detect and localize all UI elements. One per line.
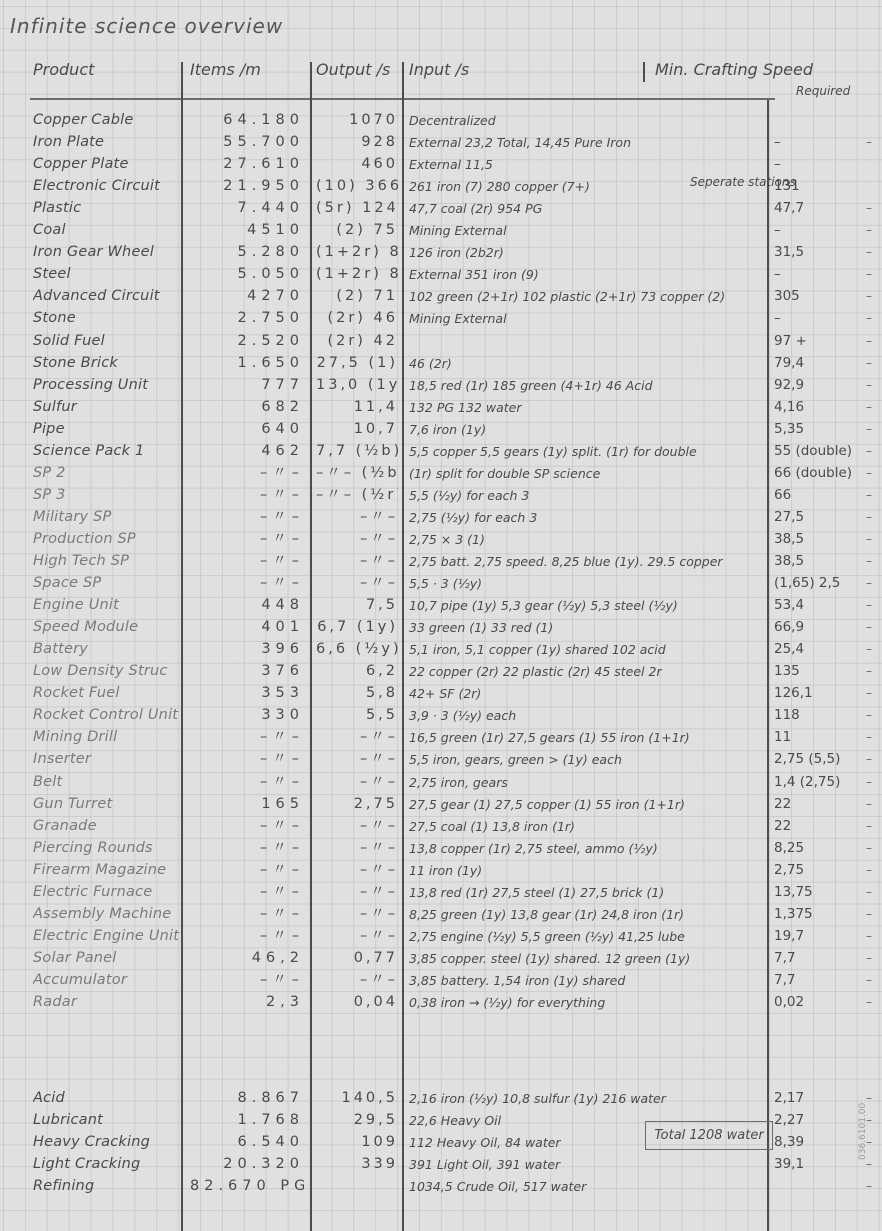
table-row: Iron Plate55.700928External 23,2 Total, … bbox=[0, 132, 882, 154]
min-crafting-speed: 13,75 bbox=[774, 882, 874, 904]
table-row: Iron Gear Wheel5.280(1+2r) 88126 iron (2… bbox=[0, 242, 882, 264]
product-name: Copper Cable bbox=[33, 110, 181, 132]
items-per-minute: 6.540 bbox=[190, 1132, 304, 1154]
table-row: High Tech SP–〃––〃–2,75 batt. 2,75 speed.… bbox=[0, 551, 882, 573]
items-per-minute: –〃– bbox=[190, 904, 304, 926]
min-crafting-speed: 79,4 bbox=[774, 353, 874, 375]
table-row: Electric Engine Unit–〃––〃–2,75 engine (½… bbox=[0, 926, 882, 948]
product-name: Processing Unit bbox=[33, 375, 181, 397]
items-per-minute: 353 bbox=[190, 683, 304, 705]
items-per-minute: –〃– bbox=[190, 882, 304, 904]
items-per-minute: –〃– bbox=[190, 772, 304, 794]
table-row: Production SP–〃––〃–2,75 × 3 (1)38,5– bbox=[0, 529, 882, 551]
min-crafting-speed: 131 bbox=[774, 176, 874, 198]
output-per-second: 11,4 bbox=[316, 397, 398, 419]
output-per-second: 140,5 bbox=[316, 1088, 398, 1110]
items-per-minute: 5.050 bbox=[190, 264, 304, 286]
margin-mark: – bbox=[866, 838, 880, 860]
margin-mark: – bbox=[866, 661, 880, 683]
product-name: Science Pack 1 bbox=[33, 441, 181, 463]
input-per-second: 27,5 gear (1) 27,5 copper (1) 55 iron (1… bbox=[409, 794, 767, 816]
product-name: Sulfur bbox=[33, 397, 181, 419]
input-per-second: 5,5 copper 5,5 gears (1y) split. (1r) fo… bbox=[409, 441, 767, 463]
margin-mark: – bbox=[866, 926, 880, 948]
min-crafting-speed: 5,35 bbox=[774, 419, 874, 441]
header-craft: Min. Crafting Speed bbox=[655, 60, 813, 79]
min-crafting-speed: 118 bbox=[774, 705, 874, 727]
items-per-minute: 396 bbox=[190, 639, 304, 661]
margin-mark: – bbox=[866, 353, 880, 375]
input-per-second: 18,5 red (1r) 185 green (4+1r) 46 Acid bbox=[409, 375, 767, 397]
items-per-minute: 2.750 bbox=[190, 308, 304, 330]
margin-mark: – bbox=[866, 198, 880, 220]
input-per-second: 11 iron (1y) bbox=[409, 860, 767, 882]
output-per-second: 5,5 bbox=[316, 705, 398, 727]
table-row: Low Density Struc3766,222 copper (2r) 22… bbox=[0, 661, 882, 683]
items-per-minute: –〃– bbox=[190, 573, 304, 595]
items-per-minute: 64.180 bbox=[190, 110, 304, 132]
output-per-second: (5r) 124 bbox=[316, 198, 398, 220]
items-per-minute: –〃– bbox=[190, 463, 304, 485]
product-name: Granade bbox=[33, 816, 181, 838]
input-per-second: External 11,5 bbox=[409, 154, 767, 176]
min-crafting-speed: – bbox=[774, 132, 874, 154]
input-per-second: 27,5 coal (1) 13,8 iron (1r) bbox=[409, 816, 767, 838]
min-crafting-speed: 7,7 bbox=[774, 948, 874, 970]
min-crafting-speed: 8,25 bbox=[774, 838, 874, 860]
margin-mark: – bbox=[866, 816, 880, 838]
items-per-minute: 20.320 bbox=[190, 1154, 304, 1176]
items-per-minute: 2.520 bbox=[190, 331, 304, 353]
input-per-second: 3,9 · 3 (½y) each bbox=[409, 705, 767, 727]
table-row: Coal4510(2) 75Mining External–– bbox=[0, 220, 882, 242]
output-per-second: (2) 71 bbox=[316, 286, 398, 308]
product-name: Solid Fuel bbox=[33, 331, 181, 353]
table-row: Electric Furnace–〃––〃–13,8 red (1r) 27,5… bbox=[0, 882, 882, 904]
table-row: SP 2–〃––〃– (½b)(1r) split for double SP … bbox=[0, 463, 882, 485]
min-crafting-speed: 1,375 bbox=[774, 904, 874, 926]
input-per-second: 3,85 copper. steel (1y) shared. 12 green… bbox=[409, 948, 767, 970]
table-row: Space SP–〃––〃–5,5 · 3 (½y)(1,65) 2,5– bbox=[0, 573, 882, 595]
input-per-second: Decentralized bbox=[409, 110, 767, 132]
margin-mark: – bbox=[866, 617, 880, 639]
input-per-second: 0,38 iron → (½y) for everything bbox=[409, 992, 767, 1014]
items-per-minute: 401 bbox=[190, 617, 304, 639]
header-input: Input /s bbox=[409, 60, 469, 79]
table-row: Advanced Circuit4270(2) 71102 green (2+1… bbox=[0, 286, 882, 308]
table-row: Piercing Rounds–〃––〃–13,8 copper (1r) 2,… bbox=[0, 838, 882, 860]
product-name: Battery bbox=[33, 639, 181, 661]
product-name: Gun Turret bbox=[33, 794, 181, 816]
product-name: Low Density Struc bbox=[33, 661, 181, 683]
items-per-minute: 376 bbox=[190, 661, 304, 683]
table-row: SP 3–〃––〃– (½r)5,5 (½y) for each 366– bbox=[0, 485, 882, 507]
product-name: Pipe bbox=[33, 419, 181, 441]
output-per-second: (10) 366 bbox=[316, 176, 398, 198]
min-crafting-speed: 2,75 bbox=[774, 860, 874, 882]
min-crafting-speed: 305 bbox=[774, 286, 874, 308]
input-per-second: 5,5 iron, gears, green > (1y) each bbox=[409, 749, 767, 771]
output-per-second: 0,77 bbox=[316, 948, 398, 970]
product-name: Mining Drill bbox=[33, 727, 181, 749]
output-per-second: 13,0 (1y) bbox=[316, 375, 398, 397]
items-per-minute: 4270 bbox=[190, 286, 304, 308]
paper-stamp: 036.6101.00 bbox=[858, 1103, 868, 1160]
min-crafting-speed: 66 (double) bbox=[774, 463, 874, 485]
product-name: Advanced Circuit bbox=[33, 286, 181, 308]
table-row: Speed Module4016,7 (1y)33 green (1) 33 r… bbox=[0, 617, 882, 639]
items-per-minute: –〃– bbox=[190, 860, 304, 882]
output-per-second: 928 bbox=[316, 132, 398, 154]
output-per-second: –〃– bbox=[316, 904, 398, 926]
margin-mark: – bbox=[866, 331, 880, 353]
margin-mark: – bbox=[866, 397, 880, 419]
table-row: Plastic7.440(5r) 12447,7 coal (2r) 954 P… bbox=[0, 198, 882, 220]
product-name: Coal bbox=[33, 220, 181, 242]
table-row: Engine Unit4487,510,7 pipe (1y) 5,3 gear… bbox=[0, 595, 882, 617]
product-name: Heavy Cracking bbox=[33, 1132, 181, 1154]
items-per-minute: 4510 bbox=[190, 220, 304, 242]
table-row: Copper Plate27.610460External 11,5– bbox=[0, 154, 882, 176]
total-water-note: Total 1208 water bbox=[645, 1121, 773, 1150]
items-per-minute: 21.950 bbox=[190, 176, 304, 198]
table-row: Solar Panel46,20,773,85 copper. steel (1… bbox=[0, 948, 882, 970]
product-name: Engine Unit bbox=[33, 595, 181, 617]
output-per-second: 27,5 (1) bbox=[316, 353, 398, 375]
items-per-minute: 330 bbox=[190, 705, 304, 727]
table-row: Assembly Machine–〃––〃–8,25 green (1y) 13… bbox=[0, 904, 882, 926]
input-per-second: 1034,5 Crude Oil, 517 water bbox=[409, 1176, 767, 1198]
input-per-second: 102 green (2+1r) 102 plastic (2+1r) 73 c… bbox=[409, 286, 767, 308]
input-per-second: 16,5 green (1r) 27,5 gears (1) 55 iron (… bbox=[409, 727, 767, 749]
items-per-minute: 1.768 bbox=[190, 1110, 304, 1132]
output-per-second: 460 bbox=[316, 154, 398, 176]
product-name: Inserter bbox=[33, 749, 181, 771]
items-per-minute: 462 bbox=[190, 441, 304, 463]
margin-mark: – bbox=[866, 1110, 880, 1132]
margin-mark: – bbox=[866, 727, 880, 749]
input-per-second: 5,5 · 3 (½y) bbox=[409, 573, 767, 595]
product-name: Speed Module bbox=[33, 617, 181, 639]
items-per-minute: 448 bbox=[190, 595, 304, 617]
table-row: Sulfur68211,4132 PG 132 water4,16– bbox=[0, 397, 882, 419]
product-name: Light Cracking bbox=[33, 1154, 181, 1176]
table-row: Battery3966,6 (½y)5,1 iron, 5,1 copper (… bbox=[0, 639, 882, 661]
min-crafting-speed: 31,5 bbox=[774, 242, 874, 264]
output-per-second: –〃– bbox=[316, 926, 398, 948]
table-row: Science Pack 14627,7 (½b)5,5 copper 5,5 … bbox=[0, 441, 882, 463]
items-per-minute: 682 bbox=[190, 397, 304, 419]
min-crafting-speed: 4,16 bbox=[774, 397, 874, 419]
min-crafting-speed: 92,9 bbox=[774, 375, 874, 397]
margin-mark: – bbox=[866, 308, 880, 330]
output-per-second: 10,7 bbox=[316, 419, 398, 441]
input-per-second: 13,8 red (1r) 27,5 steel (1) 27,5 brick … bbox=[409, 882, 767, 904]
min-crafting-speed: (1,65) 2,5 bbox=[774, 573, 874, 595]
input-per-second: 8,25 green (1y) 13,8 gear (1r) 24,8 iron… bbox=[409, 904, 767, 926]
margin-mark: – bbox=[866, 683, 880, 705]
input-per-second: 5,1 iron, 5,1 copper (1y) shared 102 aci… bbox=[409, 639, 767, 661]
product-name: Electronic Circuit bbox=[33, 176, 181, 198]
margin-mark: – bbox=[866, 485, 880, 507]
items-per-minute: –〃– bbox=[190, 749, 304, 771]
min-crafting-speed: 66 bbox=[774, 485, 874, 507]
table-row: Acid8.867140,52,16 iron (½y) 10,8 sulfur… bbox=[0, 1088, 882, 1110]
table-row: Military SP–〃––〃–2,75 (½y) for each 327,… bbox=[0, 507, 882, 529]
table-row: Rocket Control Unit3305,53,9 · 3 (½y) ea… bbox=[0, 705, 882, 727]
min-crafting-speed: 135 bbox=[774, 661, 874, 683]
margin-mark: – bbox=[866, 573, 880, 595]
min-crafting-speed: 38,5 bbox=[774, 551, 874, 573]
margin-mark: – bbox=[866, 463, 880, 485]
min-crafting-speed: 11 bbox=[774, 727, 874, 749]
min-crafting-speed: 27,5 bbox=[774, 507, 874, 529]
product-name: Copper Plate bbox=[33, 154, 181, 176]
output-per-second: 6,6 (½y) bbox=[316, 639, 398, 661]
output-per-second: –〃– bbox=[316, 749, 398, 771]
margin-mark: – bbox=[866, 375, 880, 397]
items-per-minute: –〃– bbox=[190, 838, 304, 860]
output-per-second: (1+2r) 88 bbox=[316, 242, 398, 264]
output-per-second: 5,8 bbox=[316, 683, 398, 705]
min-crafting-speed: 2,75 (5,5) bbox=[774, 749, 874, 771]
margin-mark: – bbox=[866, 419, 880, 441]
product-name: Assembly Machine bbox=[33, 904, 181, 926]
output-per-second: 2,75 bbox=[316, 794, 398, 816]
margin-mark: – bbox=[866, 132, 880, 154]
product-name: Military SP bbox=[33, 507, 181, 529]
margin-mark: – bbox=[866, 529, 880, 551]
min-crafting-speed: 38,5 bbox=[774, 529, 874, 551]
margin-mark: – bbox=[866, 1132, 880, 1154]
table-row: Light Cracking20.320339391 Light Oil, 39… bbox=[0, 1154, 882, 1176]
product-name: Rocket Control Unit bbox=[33, 705, 181, 727]
table-row: Firearm Magazine–〃––〃–11 iron (1y)2,75– bbox=[0, 860, 882, 882]
items-per-minute: –〃– bbox=[190, 507, 304, 529]
product-name: Stone Brick bbox=[33, 353, 181, 375]
items-per-minute: 46,2 bbox=[190, 948, 304, 970]
table-row: Refining82.670 PG1034,5 Crude Oil, 517 w… bbox=[0, 1176, 882, 1198]
product-name: Firearm Magazine bbox=[33, 860, 181, 882]
items-per-minute: 8.867 bbox=[190, 1088, 304, 1110]
margin-mark: – bbox=[866, 970, 880, 992]
output-per-second: –〃– bbox=[316, 816, 398, 838]
min-crafting-speed: 22 bbox=[774, 794, 874, 816]
min-crafting-speed: 1,4 (2,75) bbox=[774, 772, 874, 794]
table-row: Rocket Fuel3535,842+ SF (2r)126,1– bbox=[0, 683, 882, 705]
min-crafting-speed: 55 (double) bbox=[774, 441, 874, 463]
items-per-minute: 5.280 bbox=[190, 242, 304, 264]
input-per-second: 47,7 coal (2r) 954 PG bbox=[409, 198, 767, 220]
margin-mark: – bbox=[866, 441, 880, 463]
input-per-second: 10,7 pipe (1y) 5,3 gear (½y) 5,3 steel (… bbox=[409, 595, 767, 617]
input-per-second: 13,8 copper (1r) 2,75 steel, ammo (½y) bbox=[409, 838, 767, 860]
table-row: Electronic Circuit21.950(10) 366261 iron… bbox=[0, 176, 882, 198]
product-name: Piercing Rounds bbox=[33, 838, 181, 860]
input-per-second: Mining External bbox=[409, 220, 767, 242]
items-per-minute: –〃– bbox=[190, 551, 304, 573]
min-crafting-speed: 66,9 bbox=[774, 617, 874, 639]
input-per-second: 46 (2r) bbox=[409, 353, 767, 375]
product-name: Lubricant bbox=[33, 1110, 181, 1132]
product-name: Electric Furnace bbox=[33, 882, 181, 904]
output-per-second: –〃– bbox=[316, 727, 398, 749]
margin-mark: – bbox=[866, 794, 880, 816]
margin-mark: – bbox=[866, 860, 880, 882]
table-row: Granade–〃––〃–27,5 coal (1) 13,8 iron (1r… bbox=[0, 816, 882, 838]
input-per-second: 2,75 batt. 2,75 speed. 8,25 blue (1y). 2… bbox=[409, 551, 767, 573]
items-per-minute: 165 bbox=[190, 794, 304, 816]
product-name: Radar bbox=[33, 992, 181, 1014]
output-per-second: 0,04 bbox=[316, 992, 398, 1014]
items-per-minute: 1.650 bbox=[190, 353, 304, 375]
output-per-second: –〃– bbox=[316, 529, 398, 551]
output-per-second: –〃– bbox=[316, 507, 398, 529]
output-per-second: –〃– bbox=[316, 860, 398, 882]
output-per-second: 6,2 bbox=[316, 661, 398, 683]
items-per-minute: 777 bbox=[190, 375, 304, 397]
margin-mark: – bbox=[866, 904, 880, 926]
input-per-second: 33 green (1) 33 red (1) bbox=[409, 617, 767, 639]
output-per-second: –〃– bbox=[316, 772, 398, 794]
min-crafting-speed: – bbox=[774, 308, 874, 330]
margin-mark: – bbox=[866, 595, 880, 617]
margin-mark: – bbox=[866, 705, 880, 727]
output-per-second: –〃– bbox=[316, 838, 398, 860]
table-row: Pipe64010,77,6 iron (1y)5,35– bbox=[0, 419, 882, 441]
header-product: Product bbox=[33, 60, 94, 79]
items-per-minute: 82.670 PG bbox=[190, 1176, 304, 1198]
output-per-second: –〃– (½b) bbox=[316, 463, 398, 485]
product-name: Accumulator bbox=[33, 970, 181, 992]
min-crafting-speed: – bbox=[774, 220, 874, 242]
table-row: Inserter–〃––〃–5,5 iron, gears, green > (… bbox=[0, 749, 882, 771]
input-per-second: 22 copper (2r) 22 plastic (2r) 45 steel … bbox=[409, 661, 767, 683]
items-per-minute: 55.700 bbox=[190, 132, 304, 154]
items-per-minute: 2,3 bbox=[190, 992, 304, 1014]
table-row: Gun Turret1652,7527,5 gear (1) 27,5 copp… bbox=[0, 794, 882, 816]
table-row: Steel5.050(1+2r) 84External 351 iron (9)… bbox=[0, 264, 882, 286]
input-per-second: 391 Light Oil, 391 water bbox=[409, 1154, 767, 1176]
input-per-second: 2,75 iron, gears bbox=[409, 772, 767, 794]
min-crafting-speed: 53,4 bbox=[774, 595, 874, 617]
table-row: Copper Cable64.1801070Decentralized bbox=[0, 110, 882, 132]
product-name: Acid bbox=[33, 1088, 181, 1110]
product-name: High Tech SP bbox=[33, 551, 181, 573]
margin-mark: – bbox=[866, 1154, 880, 1176]
product-name: Production SP bbox=[33, 529, 181, 551]
min-crafting-speed: 22 bbox=[774, 816, 874, 838]
margin-mark: – bbox=[866, 1088, 880, 1110]
output-per-second: 1070 bbox=[316, 110, 398, 132]
output-per-second: –〃– bbox=[316, 551, 398, 573]
product-name: Belt bbox=[33, 772, 181, 794]
items-per-minute: 7.440 bbox=[190, 198, 304, 220]
items-per-minute: 27.610 bbox=[190, 154, 304, 176]
product-name: Space SP bbox=[33, 573, 181, 595]
output-per-second: –〃– bbox=[316, 882, 398, 904]
items-per-minute: –〃– bbox=[190, 816, 304, 838]
table-row: Belt–〃––〃–2,75 iron, gears1,4 (2,75)– bbox=[0, 772, 882, 794]
input-per-second: (1r) split for double SP science bbox=[409, 463, 767, 485]
input-per-second: External 351 iron (9) bbox=[409, 264, 767, 286]
header-output: Output /s bbox=[316, 60, 390, 79]
product-name: Electric Engine Unit bbox=[33, 926, 181, 948]
items-per-minute: –〃– bbox=[190, 485, 304, 507]
margin-mark: – bbox=[866, 639, 880, 661]
margin-mark: – bbox=[866, 948, 880, 970]
table-row: Radar2,30,040,38 iron → (½y) for everyth… bbox=[0, 992, 882, 1014]
margin-mark: – bbox=[866, 220, 880, 242]
output-per-second: (2r) 46 bbox=[316, 308, 398, 330]
product-name: Steel bbox=[33, 264, 181, 286]
input-per-second: 42+ SF (2r) bbox=[409, 683, 767, 705]
margin-mark: – bbox=[866, 992, 880, 1014]
output-per-second: 339 bbox=[316, 1154, 398, 1176]
min-crafting-speed: 47,7 bbox=[774, 198, 874, 220]
output-per-second: 29,5 bbox=[316, 1110, 398, 1132]
margin-mark: – bbox=[866, 507, 880, 529]
output-per-second: –〃– bbox=[316, 573, 398, 595]
margin-mark: – bbox=[866, 242, 880, 264]
items-per-minute: –〃– bbox=[190, 529, 304, 551]
min-crafting-speed: 0,02 bbox=[774, 992, 874, 1014]
table-row: Stone2.750(2r) 46Mining External–– bbox=[0, 308, 882, 330]
min-crafting-speed: 7,7 bbox=[774, 970, 874, 992]
margin-mark: – bbox=[866, 772, 880, 794]
product-name: Stone bbox=[33, 308, 181, 330]
input-per-second: External 23,2 Total, 14,45 Pure Iron bbox=[409, 132, 767, 154]
table-row: Stone Brick1.65027,5 (1)46 (2r)79,4– bbox=[0, 353, 882, 375]
input-per-second: 7,6 iron (1y) bbox=[409, 419, 767, 441]
product-name: SP 2 bbox=[33, 463, 181, 485]
input-per-second: 3,85 battery. 1,54 iron (1y) shared bbox=[409, 970, 767, 992]
output-per-second: 7,5 bbox=[316, 595, 398, 617]
output-per-second: (2r) 42 bbox=[316, 331, 398, 353]
table-row: Solid Fuel2.520(2r) 4297 +– bbox=[0, 331, 882, 353]
margin-mark: – bbox=[866, 286, 880, 308]
input-per-second: 2,16 iron (½y) 10,8 sulfur (1y) 216 wate… bbox=[409, 1088, 767, 1110]
margin-mark: – bbox=[866, 749, 880, 771]
product-name: Refining bbox=[33, 1176, 181, 1198]
input-per-second: 132 PG 132 water bbox=[409, 397, 767, 419]
input-per-second: 126 iron (2b2r) bbox=[409, 242, 767, 264]
min-crafting-speed: 126,1 bbox=[774, 683, 874, 705]
input-per-second: 2,75 × 3 (1) bbox=[409, 529, 767, 551]
header-craft-sub: Required bbox=[796, 84, 850, 98]
output-per-second: –〃– (½r) bbox=[316, 485, 398, 507]
output-per-second: (1+2r) 84 bbox=[316, 264, 398, 286]
items-per-minute: –〃– bbox=[190, 970, 304, 992]
product-name: Plastic bbox=[33, 198, 181, 220]
output-per-second: 109 bbox=[316, 1132, 398, 1154]
margin-mark: – bbox=[866, 551, 880, 573]
min-crafting-speed: 25,4 bbox=[774, 639, 874, 661]
table-row: Processing Unit77713,0 (1y)18,5 red (1r)… bbox=[0, 375, 882, 397]
table-row: Accumulator–〃––〃–3,85 battery. 1,54 iron… bbox=[0, 970, 882, 992]
margin-mark: – bbox=[866, 1176, 880, 1198]
table-row: Mining Drill–〃––〃–16,5 green (1r) 27,5 g… bbox=[0, 727, 882, 749]
product-name: SP 3 bbox=[33, 485, 181, 507]
header-items: Items /m bbox=[190, 60, 261, 79]
output-per-second: –〃– bbox=[316, 970, 398, 992]
output-per-second: (2) 75 bbox=[316, 220, 398, 242]
input-per-second: 2,75 engine (½y) 5,5 green (½y) 41,25 lu… bbox=[409, 926, 767, 948]
product-name: Iron Plate bbox=[33, 132, 181, 154]
margin-mark: – bbox=[866, 882, 880, 904]
min-crafting-speed: 97 + bbox=[774, 331, 874, 353]
page-title: Infinite science overview bbox=[10, 14, 283, 38]
